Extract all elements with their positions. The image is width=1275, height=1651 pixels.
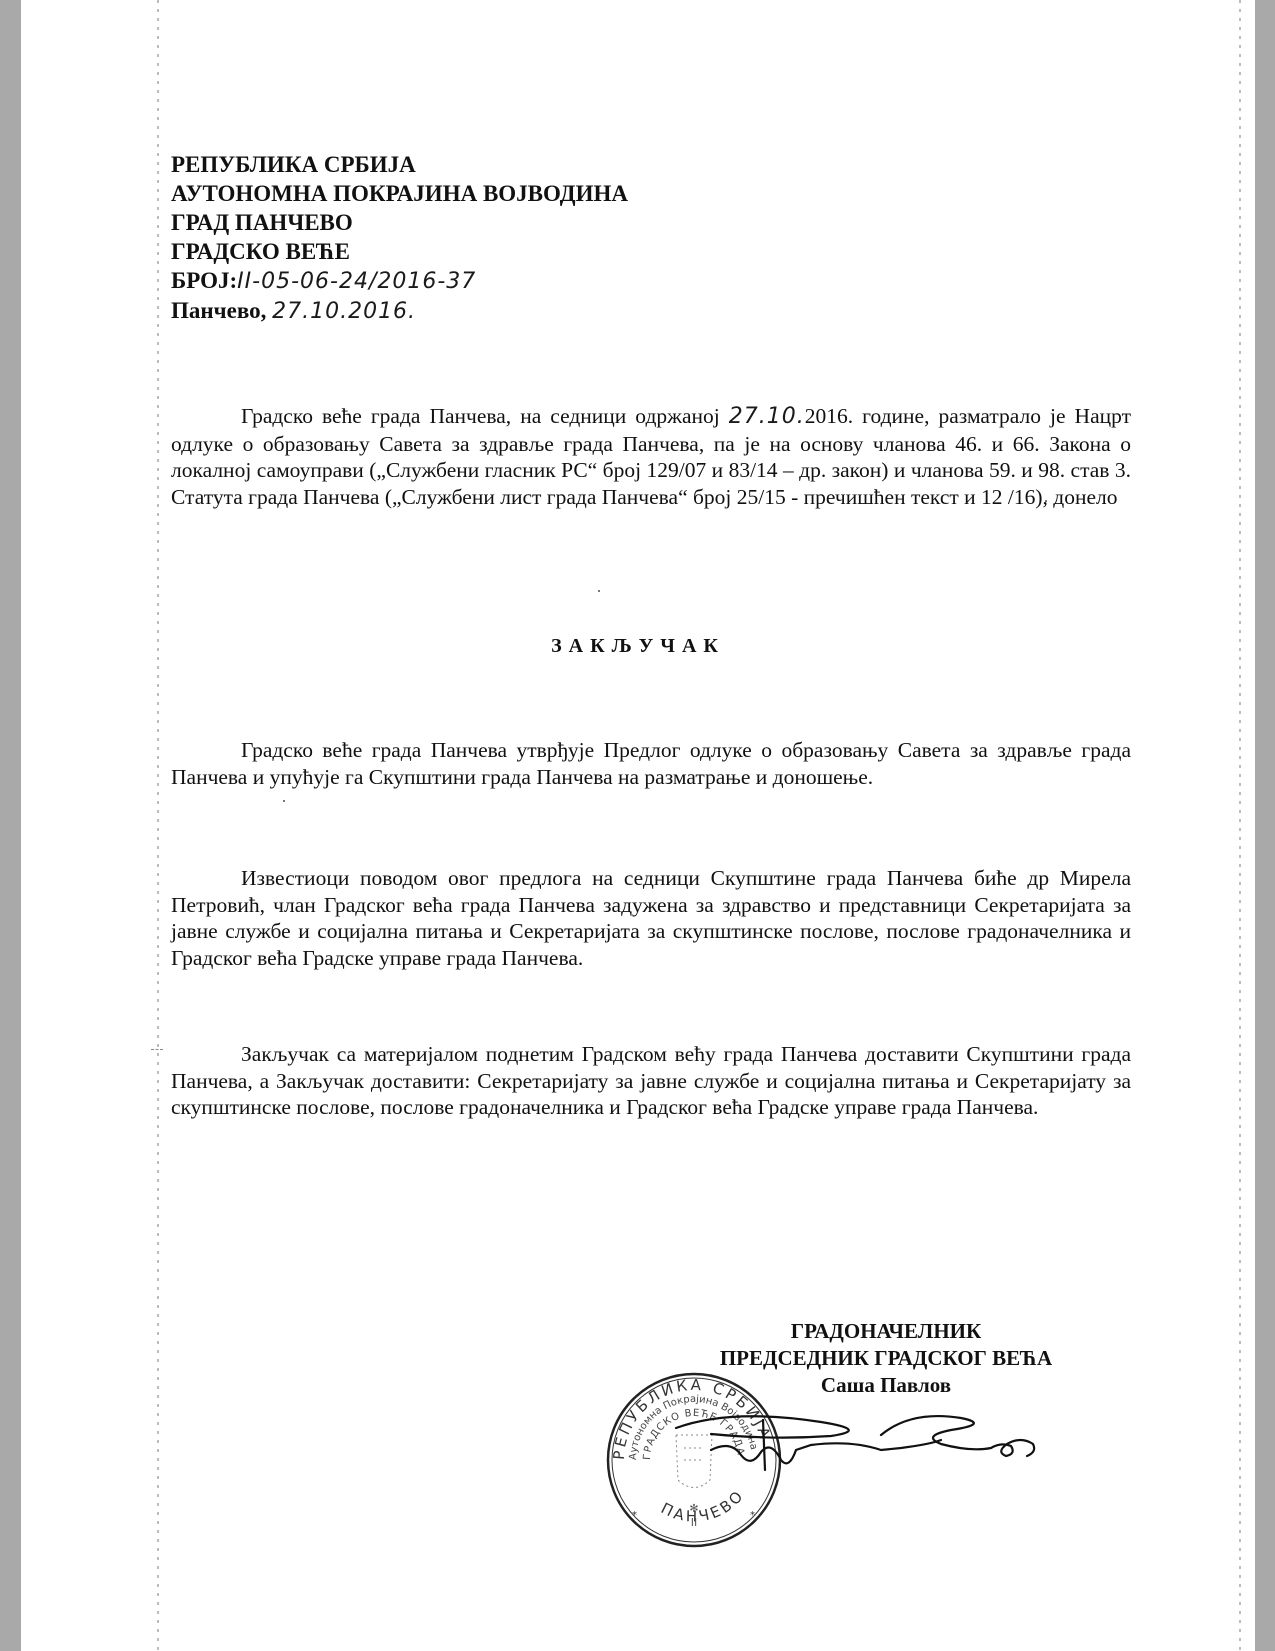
svg-text:✻: ✻ bbox=[689, 1502, 698, 1515]
place-label: Панчево, bbox=[171, 298, 266, 323]
svg-text:*: * bbox=[750, 1510, 755, 1521]
paragraph-text: Известиоци поводом овог предлога на седн… bbox=[171, 865, 1131, 971]
header-country: РЕПУБЛИКА СРБИЈА bbox=[171, 150, 628, 179]
scan-speck bbox=[598, 590, 600, 592]
preamble-paragraph: Градско веће града Панчева, на седници о… bbox=[171, 403, 1131, 510]
paragraph-adoption: Градско веће града Панчева утврђује Пред… bbox=[171, 737, 1131, 790]
document-place-date: Панчево, 27.10.2016. bbox=[171, 296, 628, 326]
scan-artifact bbox=[1239, 0, 1241, 1651]
document-number: БРОЈ:II-05-06-24/2016-37 bbox=[171, 266, 628, 296]
date-handwritten: 27.10.2016. bbox=[272, 299, 416, 324]
paragraph-text: Закључак са материјалом поднетим Градско… bbox=[171, 1041, 1131, 1121]
svg-text:*: * bbox=[632, 1510, 637, 1521]
preamble-text-start: Градско веће града Панчева, на седници о… bbox=[241, 404, 729, 428]
svg-text:ПАНЧЕВО: ПАНЧЕВО bbox=[658, 1486, 748, 1526]
document-page: РЕПУБЛИКА СРБИЈА АУТОНОМНА ПОКРАЈИНА ВОЈ… bbox=[21, 0, 1255, 1651]
session-date-handwritten: 27.10. bbox=[729, 404, 805, 429]
header-council: ГРАДСКО ВЕЋЕ bbox=[171, 237, 628, 266]
document-header: РЕПУБЛИКА СРБИЈА АУТОНОМНА ПОКРАЈИНА ВОЈ… bbox=[171, 150, 628, 326]
handwritten-signature-icon bbox=[671, 1400, 1071, 1480]
scan-mark bbox=[151, 1049, 163, 1051]
paragraph-delivery: Закључак са материјалом поднетим Градско… bbox=[171, 1041, 1131, 1121]
header-province: АУТОНОМНА ПОКРАЈИНА ВОЈВОДИНА bbox=[171, 179, 628, 208]
svg-text:II: II bbox=[691, 1516, 698, 1529]
number-value-handwritten: II-05-06-24/2016-37 bbox=[237, 269, 476, 294]
paragraph-text: Градско веће града Панчева утврђује Пред… bbox=[171, 737, 1131, 790]
header-city: ГРАД ПАНЧЕВО bbox=[171, 208, 628, 237]
signatory-role-president: ПРЕДСЕДНИК ГРАДСКОГ ВЕЋА bbox=[661, 1345, 1111, 1372]
scan-speck bbox=[283, 800, 285, 802]
scan-artifact bbox=[157, 0, 159, 1651]
document-title: ЗАКЉУЧАК bbox=[21, 635, 1255, 658]
scan-speck bbox=[1045, 500, 1047, 502]
paragraph-rapporteurs: Известиоци поводом овог предлога на седн… bbox=[171, 865, 1131, 971]
number-label: БРОЈ: bbox=[171, 268, 237, 293]
signatory-role-mayor: ГРАДОНАЧЕЛНИК bbox=[661, 1318, 1111, 1345]
